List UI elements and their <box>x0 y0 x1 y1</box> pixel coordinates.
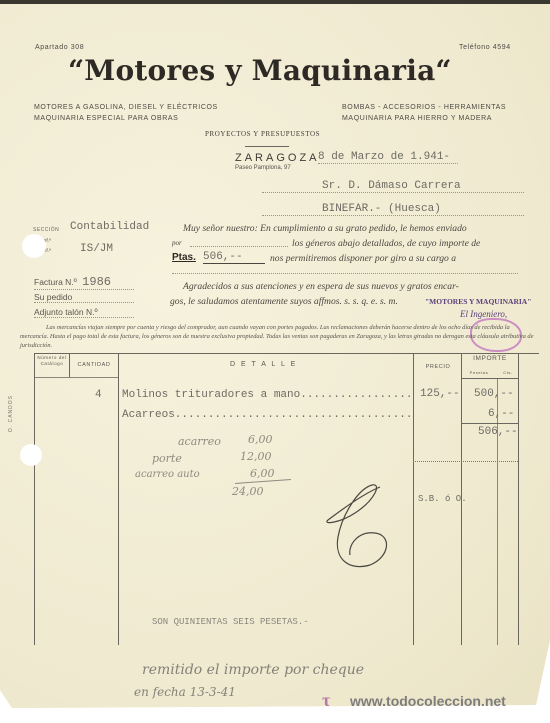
row1-importe: 500,-- <box>474 388 514 400</box>
seccion-value: Contabilidad <box>70 221 149 233</box>
total-importe: 506,-- <box>478 426 518 438</box>
telefono: Teléfono 4594 <box>459 44 511 51</box>
col-border-0 <box>34 353 35 645</box>
sbo-note: S.B. ó O. <box>418 494 467 504</box>
services-left-1: MOTORES A GASOLINA, DIESEL Y ELÉCTRICOS <box>34 104 218 111</box>
recipient-field: Sr. D. Dámaso Carrera <box>262 180 524 193</box>
talon-label: Adjunto talón N.º <box>34 307 134 318</box>
table-top-border <box>34 353 539 354</box>
greeting-line: Muy señor nuestro: En cumplimiento a su … <box>183 223 467 234</box>
tagline: PROYECTOS Y PRESUPUESTOS <box>205 130 320 138</box>
ref2-value: IS/JM <box>80 243 113 255</box>
subtotal-divider <box>461 423 518 424</box>
row1-detalle: Molinos trituradores a mano.............… <box>122 389 412 401</box>
company-title: “Motores y Maquinaria“ <box>68 54 452 87</box>
amount-in-words: SON QUINIENTAS SEIS PESETAS.- <box>152 617 309 627</box>
apartado: Apartado 308 <box>35 44 84 51</box>
giro-line: nos permitiremos disponer por giro a su … <box>270 253 456 264</box>
watermark-url: www.todocoleccion.net <box>350 693 506 709</box>
header-detalle: D E T A L L E <box>230 361 297 368</box>
col-border-6 <box>518 353 519 645</box>
row1-cantidad: 4 <box>95 389 102 401</box>
conditions-line-1: Las mercancías viajan siempre por cuenta… <box>46 324 412 331</box>
hand-calc-3-label: acarreo auto <box>135 469 200 480</box>
hand-calc-1-label: acarreo <box>178 435 221 448</box>
blank-dotline <box>172 273 518 274</box>
hand-payment-note-2: en fecha 13-3-41 <box>134 685 236 699</box>
address: Paseo Pamplona, 97 <box>235 165 291 171</box>
row2-detalle: Acarreos................................… <box>122 409 412 421</box>
handwritten-six-mark <box>320 475 400 575</box>
hand-payment-note-1: remitido el importe por cheque <box>142 662 364 678</box>
header-cts: Cts. <box>498 370 518 375</box>
services-right-2: MAQUINARIA PARA HIERRO Y MADERA <box>342 115 492 122</box>
seccion-label: SECCIÓN <box>33 227 59 233</box>
thanks-line-2: gos, le saludamos atentamente suyos affm… <box>170 296 398 307</box>
header-cantidad: CANTIDAD <box>70 362 118 368</box>
punch-hole-bottom <box>20 444 42 466</box>
watermark-logo-icon: τ <box>322 690 330 711</box>
factura-label: Factura N.º <box>34 277 77 287</box>
hand-calc-total: 24,00 <box>232 485 264 498</box>
conditions-text: Las mercancías viajan siempre por cuenta… <box>20 323 535 350</box>
col-border-3 <box>413 353 414 645</box>
hand-calc-2-value: 12,00 <box>240 450 272 463</box>
row1-precio: 125,-- <box>420 388 460 400</box>
invoice-paper: Apartado 308 Teléfono 4594 “Motores y Ma… <box>0 0 550 710</box>
stamp-company: "MOTORES Y MAQUINARIA" <box>425 297 531 306</box>
ornament-divider <box>245 146 289 147</box>
header-importe: IMPORTE <box>462 355 518 362</box>
date-field: 8 de Marzo de 1.941- <box>318 151 458 164</box>
por-dotline <box>190 246 288 247</box>
location-field: BINEFAR.- (Huesca) <box>262 203 524 216</box>
importe-header-divider <box>461 378 518 379</box>
header-numero: Número del Catálogo <box>36 355 68 367</box>
por-label: por <box>172 239 182 247</box>
col-border-2 <box>118 353 119 645</box>
header-pesetas: Pesetas <box>462 370 496 375</box>
city: ZARAGOZA <box>235 152 320 164</box>
ptas-label: Ptas. <box>172 252 196 263</box>
services-left-2: MAQUINARIA ESPECIAL PARA OBRAS <box>34 115 178 122</box>
header-divider-left <box>34 377 118 378</box>
hand-calc-1-value: 6,00 <box>248 433 273 446</box>
ptas-value: 506,-- <box>203 251 265 264</box>
generos-line: los géneros abajo detallados, de cuyo im… <box>292 238 480 249</box>
pedido-label: Su pedido <box>34 292 134 303</box>
scan-edge <box>0 0 550 4</box>
punch-hole-top <box>22 234 46 258</box>
hand-calc-3-value: 6,00 <box>250 467 275 480</box>
thanks-line-1: Agradecidos a sus atenciones y en espera… <box>183 281 459 292</box>
factura-value: 1986 <box>82 275 111 289</box>
hand-calc-2-label: porte <box>152 452 182 465</box>
row2-importe: 6,-- <box>488 408 514 420</box>
side-margin-text: O. CANDOS <box>8 395 14 432</box>
header-precio: PRECIO <box>415 364 461 370</box>
factura-row: Factura N.º 1986 <box>34 275 134 290</box>
services-right-1: BOMBAS - ACCESORIOS - HERRAMIENTAS <box>342 104 506 111</box>
total-dotline <box>413 461 518 463</box>
